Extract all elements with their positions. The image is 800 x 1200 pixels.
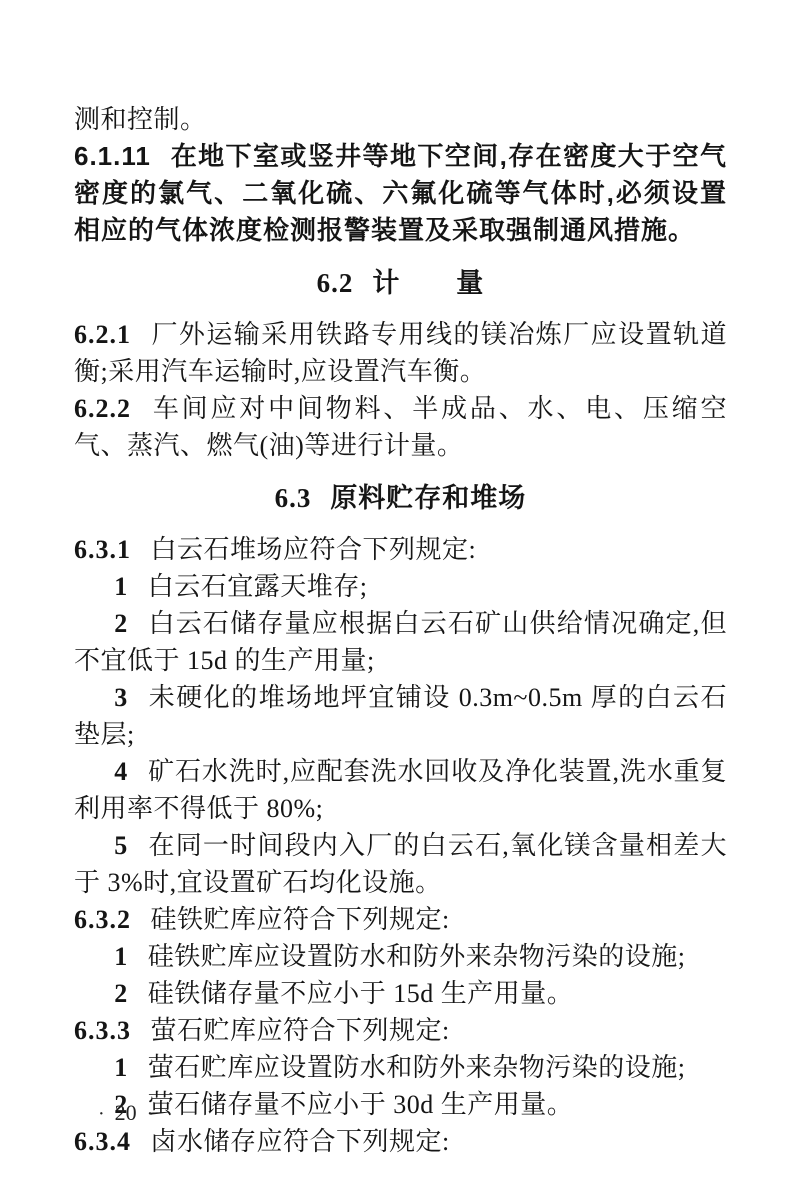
clause-text: 车间应对中间物料、半成品、水、电、压缩空气、蒸汽、燃气(油)等进行计量。 [74, 394, 727, 460]
item-number: 2 [114, 979, 128, 1008]
item-number: 1 [114, 572, 128, 601]
section-number: 6.3 [275, 483, 312, 513]
footer-left-dot: · [88, 1103, 115, 1125]
clause-number: 6.3.4 [74, 1127, 131, 1156]
clause-number: 6.3.3 [74, 1016, 131, 1045]
page-number: ·20· [88, 1100, 163, 1127]
clause-number: 6.3.1 [74, 535, 131, 564]
clause-text: 硅铁贮库应符合下列规定: [151, 905, 450, 934]
clause-6-3-4: 6.3.4卤水储存应符合下列规定: [74, 1123, 727, 1160]
clause-number: 6.2.2 [74, 394, 131, 423]
item-number: 1 [114, 942, 128, 971]
item-text: 矿石水洗时,应配套洗水回收及净化装置,洗水重复利用率不得低于 80%; [74, 757, 727, 823]
item-number: 5 [114, 831, 128, 860]
item-text: 硅铁贮库应设置防水和防外来杂物污染的设施; [148, 942, 686, 971]
clause-number: 6.3.2 [74, 905, 131, 934]
clause-6-3-3: 6.3.3萤石贮库应符合下列规定: [74, 1012, 727, 1049]
item-text: 萤石储存量不应小于 30d 生产用量。 [148, 1090, 574, 1119]
list-item-6-3-2-1: 1硅铁贮库应设置防水和防外来杂物污染的设施; [74, 938, 727, 975]
clause-number: 6.2.1 [74, 320, 131, 349]
section-number: 6.2 [317, 268, 354, 298]
section-title: 原料贮存和堆场 [330, 483, 526, 513]
item-text: 白云石储存量应根据白云石矿山供给情况确定,但不宜低于 15d 的生产用量; [74, 609, 727, 675]
paragraph-continuation: 测和控制。 [74, 101, 727, 138]
list-item-6-3-2-2: 2硅铁储存量不应小于 15d 生产用量。 [74, 975, 727, 1012]
section-heading-6-3: 6.3原料贮存和堆场 [74, 480, 727, 517]
clause-6-2-1: 6.2.1厂外运输采用铁路专用线的镁冶炼厂应设置轨道衡;采用汽车运输时,应设置汽… [74, 316, 727, 390]
item-number: 3 [114, 683, 128, 712]
section-title: 计 量 [372, 268, 484, 298]
clause-text: 卤水储存应符合下列规定: [151, 1127, 450, 1156]
list-item-6-3-1-4: 4矿石水洗时,应配套洗水回收及净化装置,洗水重复利用率不得低于 80%; [74, 753, 727, 827]
clause-6-3-2: 6.3.2硅铁贮库应符合下列规定: [74, 901, 727, 938]
clause-text: 萤石贮库应符合下列规定: [151, 1016, 450, 1045]
scanned-document-page: 测和控制。 6.1.11在地下室或竖井等地下空间,存在密度大于空气密度的氯气、二… [0, 0, 800, 1200]
clause-6-3-1: 6.3.1白云石堆场应符合下列规定: [74, 531, 727, 568]
item-number: 2 [114, 609, 128, 638]
item-text: 在同一时间段内入厂的白云石,氧化镁含量相差大于 3%时,宜设置矿石均化设施。 [74, 831, 727, 897]
footer-right-dot: · [137, 1103, 164, 1125]
list-item-6-3-3-2: 2萤石储存量不应小于 30d 生产用量。 [74, 1086, 727, 1123]
item-text: 未硬化的堆场地坪宜铺设 0.3m~0.5m 厚的白云石垫层; [74, 683, 727, 749]
item-text: 硅铁储存量不应小于 15d 生产用量。 [148, 979, 574, 1008]
page-content: 测和控制。 6.1.11在地下室或竖井等地下空间,存在密度大于空气密度的氯气、二… [74, 101, 727, 1160]
list-item-6-3-1-1: 1白云石宜露天堆存; [74, 568, 727, 605]
item-text: 萤石贮库应设置防水和防外来杂物污染的设施; [148, 1053, 686, 1082]
footer-page-number: 20 [115, 1100, 137, 1125]
item-number: 4 [114, 757, 128, 786]
clause-text: 在地下室或竖井等地下空间,存在密度大于空气密度的氯气、二氧化硫、六氟化硫等气体时… [74, 141, 727, 245]
clause-number: 6.1.11 [74, 141, 151, 171]
list-item-6-3-1-2: 2白云石储存量应根据白云石矿山供给情况确定,但不宜低于 15d 的生产用量; [74, 605, 727, 679]
list-item-6-3-1-5: 5在同一时间段内入厂的白云石,氧化镁含量相差大于 3%时,宜设置矿石均化设施。 [74, 827, 727, 901]
clause-6-1-11: 6.1.11在地下室或竖井等地下空间,存在密度大于空气密度的氯气、二氧化硫、六氟… [74, 138, 727, 249]
section-heading-6-2: 6.2计 量 [74, 265, 727, 302]
clause-text: 白云石堆场应符合下列规定: [151, 535, 477, 564]
clause-6-2-2: 6.2.2车间应对中间物料、半成品、水、电、压缩空气、蒸汽、燃气(油)等进行计量… [74, 390, 727, 464]
item-text: 白云石宜露天堆存; [148, 572, 368, 601]
list-item-6-3-1-3: 3未硬化的堆场地坪宜铺设 0.3m~0.5m 厚的白云石垫层; [74, 679, 727, 753]
item-number: 1 [114, 1053, 128, 1082]
clause-text: 厂外运输采用铁路专用线的镁冶炼厂应设置轨道衡;采用汽车运输时,应设置汽车衡。 [74, 320, 727, 386]
list-item-6-3-3-1: 1萤石贮库应设置防水和防外来杂物污染的设施; [74, 1049, 727, 1086]
